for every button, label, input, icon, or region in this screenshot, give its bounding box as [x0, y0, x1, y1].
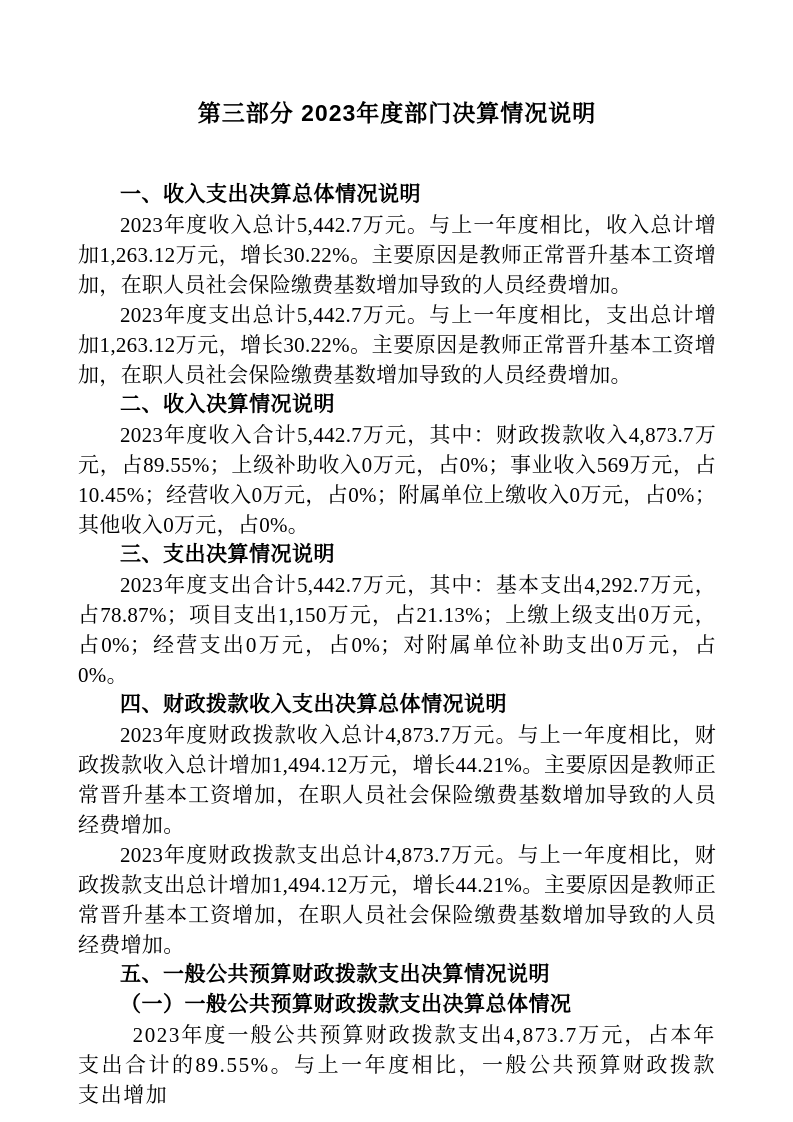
- section-4-paragraph-1: 2023年度财政拨款收入总计4,873.7万元。与上一年度相比，财政拨款收入总计…: [78, 720, 716, 840]
- section-2-paragraph-1: 2023年度收入合计5,442.7万元，其中：财政拨款收入4,873.7万元，占…: [78, 420, 716, 540]
- section-3-heading: 三、支出决算情况说明: [78, 540, 716, 570]
- section-1-paragraph-2: 2023年度支出总计5,442.7万元。与上一年度相比，支出总计增加1,263.…: [78, 300, 716, 390]
- section-1-paragraph-1: 2023年度收入总计5,442.7万元。与上一年度相比，收入总计增加1,263.…: [78, 210, 716, 300]
- section-5-subheading: （一）一般公共预算财政拨款支出决算总体情况: [78, 990, 716, 1020]
- document-title: 第三部分 2023年度部门决算情况说明: [78, 94, 716, 132]
- section-5-paragraph-1: 2023年度一般公共预算财政拨款支出4,873.7万元，占本年支出合计的89.5…: [78, 1020, 716, 1110]
- section-5-heading: 五、一般公共预算财政拨款支出决算情况说明: [78, 960, 716, 990]
- section-4-heading: 四、财政拨款收入支出决算总体情况说明: [78, 690, 716, 720]
- section-4-paragraph-2: 2023年度财政拨款支出总计4,873.7万元。与上一年度相比，财政拨款支出总计…: [78, 840, 716, 960]
- section-2-heading: 二、收入决算情况说明: [78, 390, 716, 420]
- section-3-paragraph-1: 2023年度支出合计5,442.7万元，其中：基本支出4,292.7万元，占78…: [78, 570, 716, 690]
- section-1-heading: 一、收入支出决算总体情况说明: [78, 180, 716, 210]
- document-page: 第三部分 2023年度部门决算情况说明 一、收入支出决算总体情况说明 2023年…: [0, 0, 793, 1122]
